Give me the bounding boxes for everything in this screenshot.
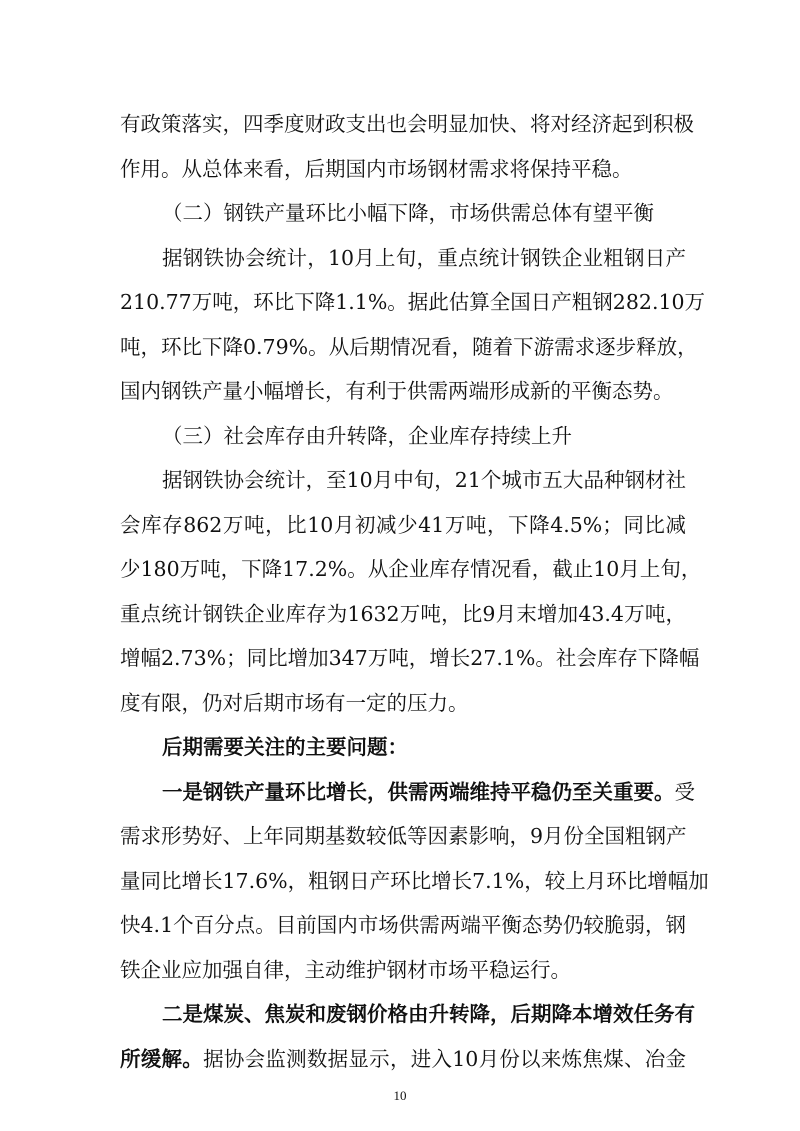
issue-1-title: 一是钢铁产量环比增长，供需两端维持平稳仍至关重要。 bbox=[162, 780, 675, 804]
body-line: 快4.1个百分点。目前国内市场供需两端平衡态势仍较脆弱，钢 bbox=[120, 911, 686, 939]
body-line: 吨，环比下降0.79%。从后期情况看，随着下游需求逐步释放， bbox=[120, 333, 686, 361]
body-line: 少180万吨，下降17.2%。从企业库存情况看，截止10月上旬， bbox=[120, 555, 686, 583]
issue-2-text: 据协会监测数据显示，进入10月份以来炼焦煤、冶金 bbox=[203, 1047, 686, 1071]
issue-1-start: 一是钢铁产量环比增长，供需两端维持平稳仍至关重要。受 bbox=[162, 778, 686, 806]
body-line: 国内钢铁产量小幅增长，有利于供需两端形成新的平衡态势。 bbox=[120, 377, 686, 405]
body-line: 作用。从总体来看，后期国内市场钢材需求将保持平稳。 bbox=[120, 155, 686, 183]
issues-heading: 后期需要关注的主要问题： bbox=[162, 733, 408, 761]
issue-2-line: 所缓解。据协会监测数据显示，进入10月份以来炼焦煤、冶金 bbox=[120, 1045, 686, 1073]
page-number: 10 bbox=[0, 1088, 800, 1104]
body-line: 210.77万吨，环比下降1.1%。据此估算全国日产粗钢282.10万 bbox=[120, 288, 686, 316]
paragraph-start: 据钢铁协会统计，至10月中旬，21个城市五大品种钢材社 bbox=[162, 466, 686, 494]
body-line: 需求形势好、上年同期基数较低等因素影响，9月份全国粗钢产 bbox=[120, 822, 686, 850]
body-line: 重点统计钢铁企业库存为1632万吨，比9月末增加43.4万吨， bbox=[120, 600, 686, 628]
body-line: 会库存862万吨，比10月初减少41万吨，下降4.5%；同比减 bbox=[120, 511, 686, 539]
paragraph-start: 据钢铁协会统计，10月上旬，重点统计钢铁企业粗钢日产 bbox=[162, 244, 686, 272]
section-heading-2: （二）钢铁产量环比小幅下降，市场供需总体有望平衡 bbox=[162, 199, 654, 227]
issue-1-text: 受 bbox=[675, 780, 696, 804]
body-line: 度有限，仍对后期市场有一定的压力。 bbox=[120, 689, 686, 717]
body-line: 增幅2.73%；同比增加347万吨，增长27.1%。社会库存下降幅 bbox=[120, 644, 686, 672]
document-page: 有政策落实，四季度财政支出也会明显加快、将对经济起到积极 作用。从总体来看，后期… bbox=[0, 0, 800, 1131]
body-line: 量同比增长17.6%，粗钢日产环比增长7.1%，较上月环比增幅加 bbox=[120, 867, 686, 895]
section-heading-3: （三）社会库存由升转降，企业库存持续上升 bbox=[162, 422, 572, 450]
issue-2-title: 二是煤炭、焦炭和废钢价格由升转降，后期降本增效任务有 bbox=[162, 1000, 686, 1028]
body-line: 有政策落实，四季度财政支出也会明显加快、将对经济起到积极 bbox=[120, 110, 686, 138]
body-line: 铁企业应加强自律，主动维护钢材市场平稳运行。 bbox=[120, 956, 686, 984]
issue-2-title-end: 所缓解。 bbox=[120, 1047, 203, 1071]
